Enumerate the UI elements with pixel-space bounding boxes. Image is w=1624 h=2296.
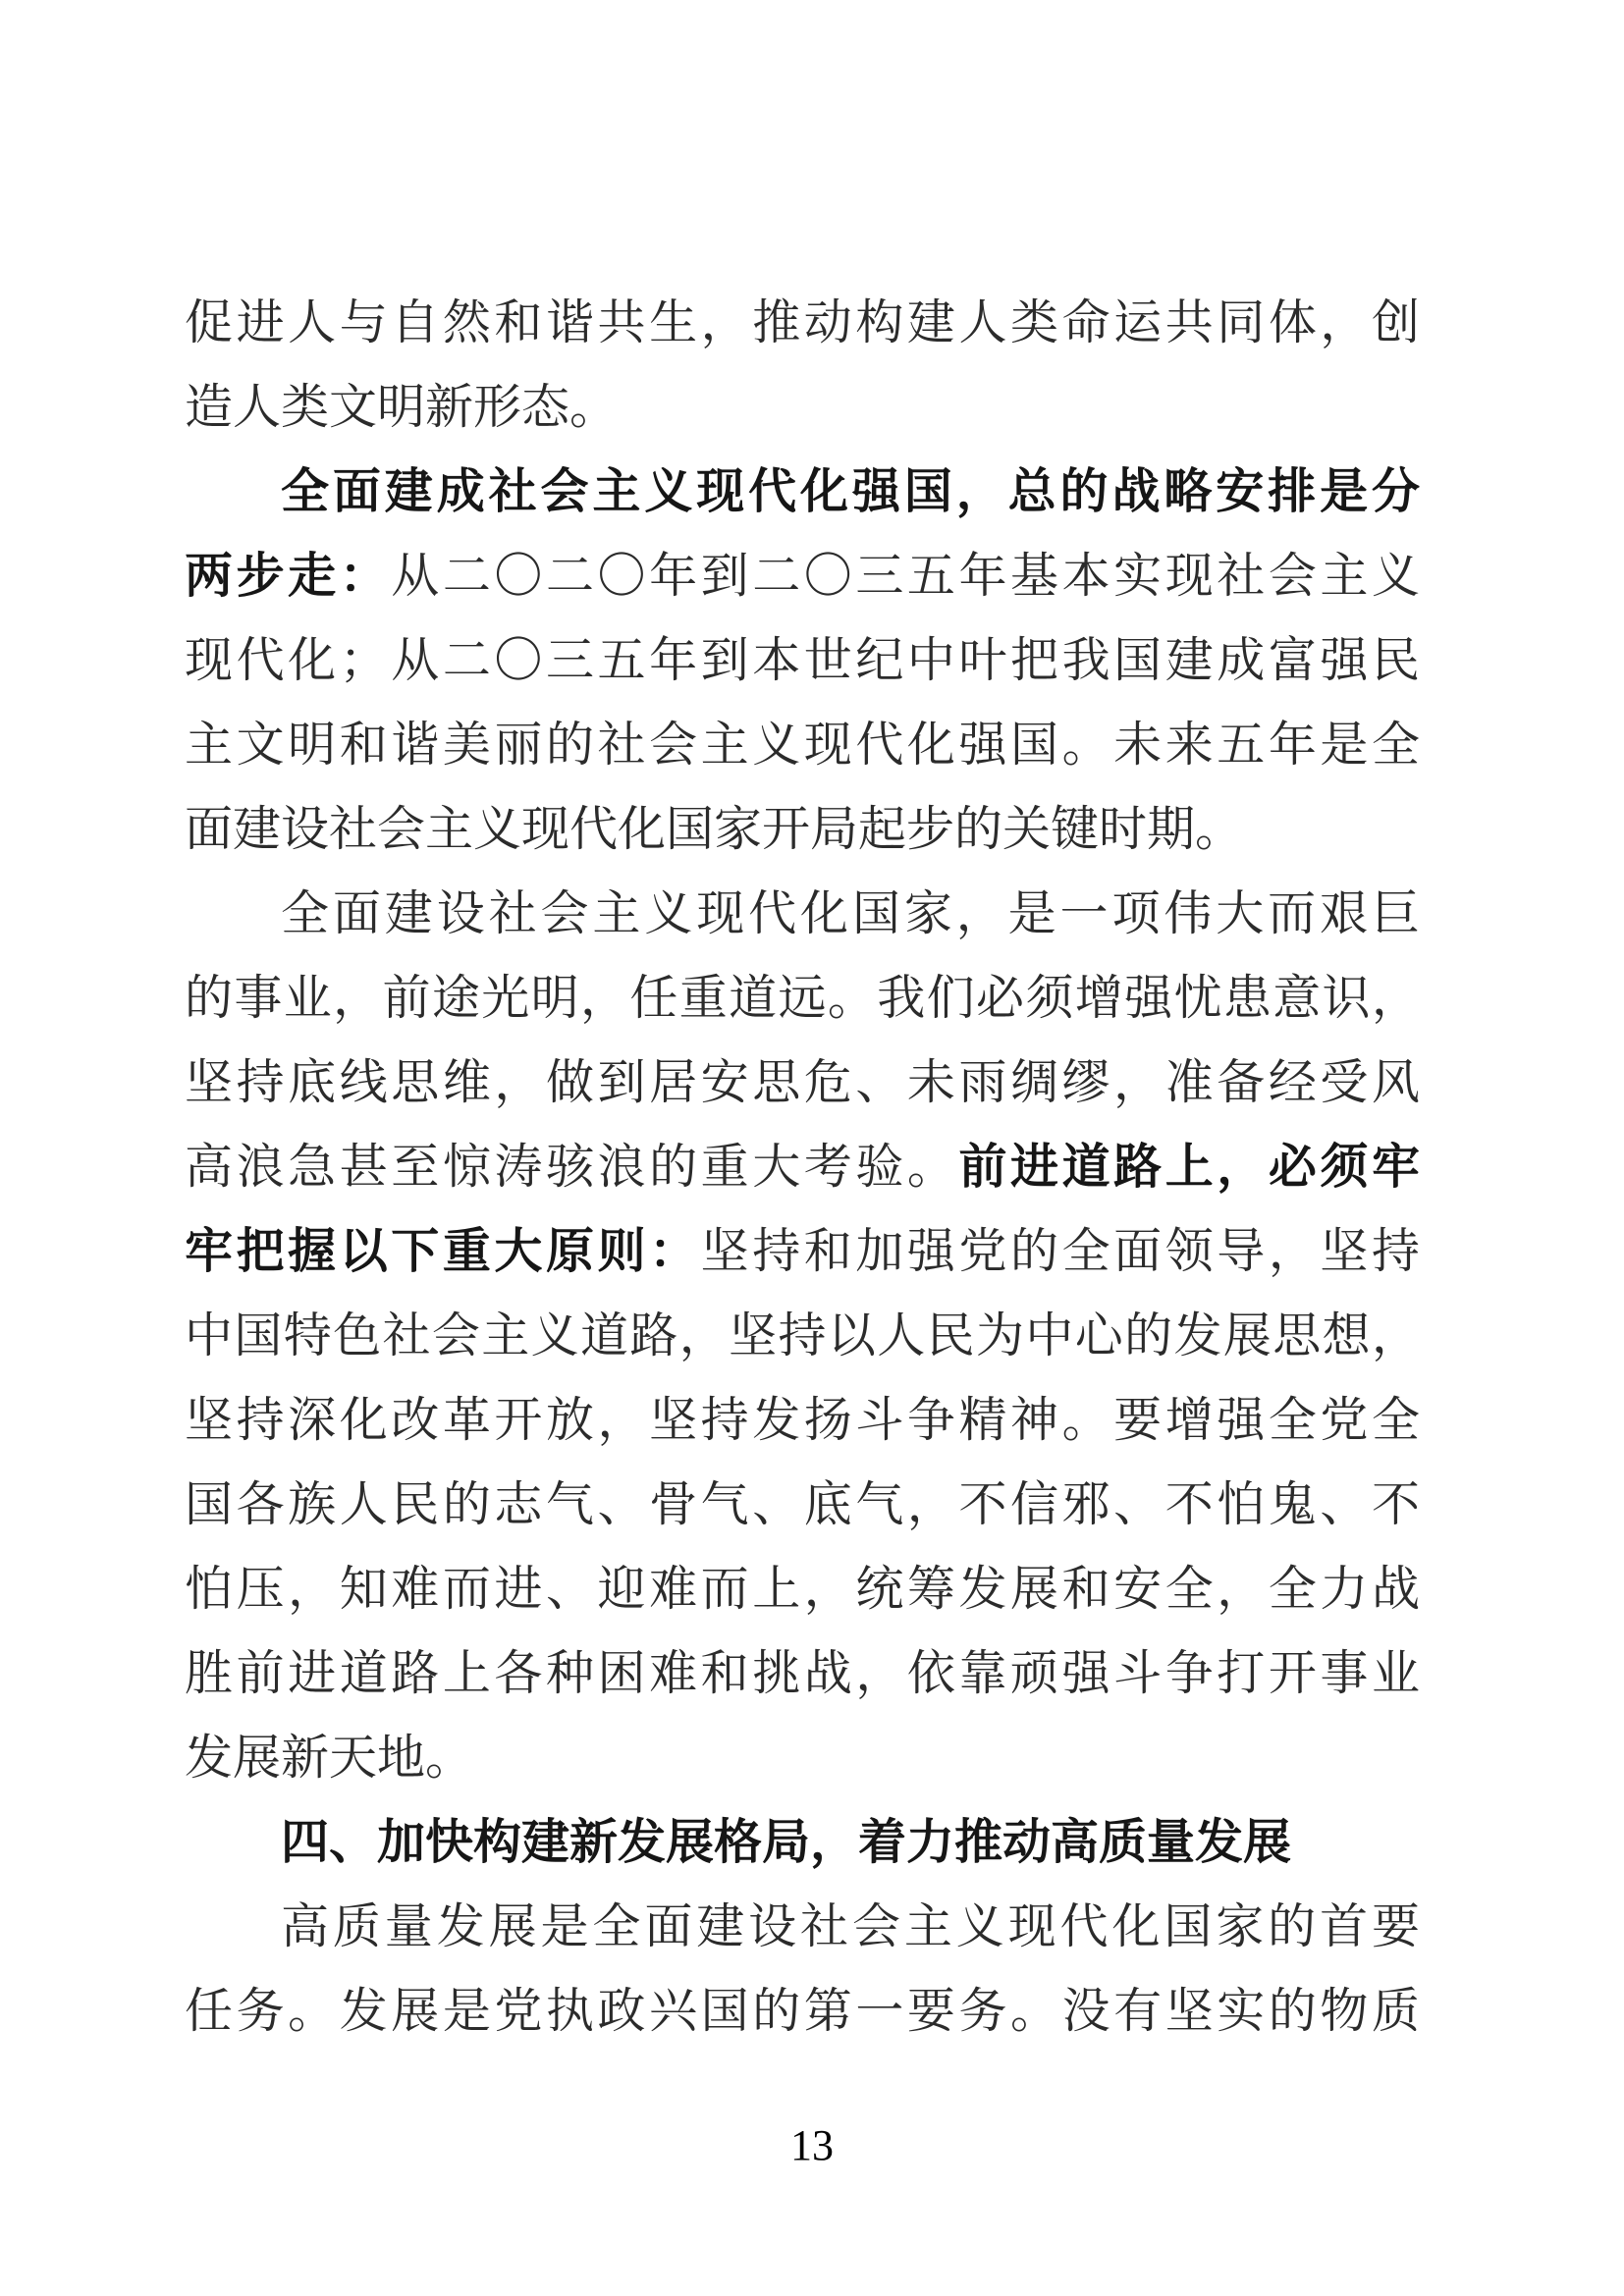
text-segment: 主文明和谐美丽的社会主义现代化强国。未来五年是全 — [185, 718, 1420, 772]
text-segment: 任务。发展是党执政兴国的第一要务。没有坚实的物质 — [185, 1984, 1420, 2038]
text-line: 坚持底线思维，做到居安思危、未雨绸缪，准备经受风 — [185, 1041, 1420, 1125]
text-segment: 中国特色社会主义道路，坚持以人民为中心的发展思想， — [185, 1308, 1420, 1362]
text-line: 高浪急甚至惊涛骇浪的重大考验。前进道路上，必须牢 — [185, 1125, 1420, 1209]
text-line: 两步走：从二〇二〇年到二〇三五年基本实现社会主义 — [185, 534, 1420, 618]
bold-text-segment: 前进道路上，必须牢 — [958, 1141, 1420, 1194]
text-segment: 促进人与自然和谐共生，推动构建人类命运共同体，创 — [185, 295, 1420, 349]
text-segment: 坚持和加强党的全面领导，坚持 — [701, 1224, 1420, 1278]
text-line: 牢把握以下重大原则：坚持和加强党的全面领导，坚持 — [185, 1209, 1420, 1294]
text-line: 现代化；从二〇三五年到本世纪中叶把我国建成富强民 — [185, 618, 1420, 703]
text-segment: 怕压，知难而进、迎难而上，统筹发展和安全，全力战 — [185, 1562, 1420, 1616]
text-segment: 国各族人民的志气、骨气、底气，不信邪、不怕鬼、不 — [185, 1477, 1420, 1531]
text-segment: 造人类文明新形态。 — [185, 380, 618, 434]
text-segment: 发展新天地。 — [185, 1731, 473, 1785]
text-line: 坚持深化改革开放，坚持发扬斗争精神。要增强全党全 — [185, 1378, 1420, 1463]
bold-text-segment: 两步走： — [185, 550, 391, 603]
text-line: 主文明和谐美丽的社会主义现代化强国。未来五年是全 — [185, 703, 1420, 787]
text-segment: 从二〇二〇年到二〇三五年基本实现社会主义 — [391, 549, 1420, 603]
text-segment: 胜前进道路上各种困难和挑战，依靠顽强斗争打开事业 — [185, 1646, 1420, 1700]
text-line: 胜前进道路上各种困难和挑战，依靠顽强斗争打开事业 — [185, 1631, 1420, 1716]
document-page: 促进人与自然和谐共生，推动构建人类命运共同体，创 造人类文明新形态。 全面建成社… — [0, 0, 1624, 2296]
body-text: 促进人与自然和谐共生，推动构建人类命运共同体，创 造人类文明新形态。 全面建成社… — [185, 281, 1420, 2054]
text-segment: 坚持深化改革开放，坚持发扬斗争精神。要增强全党全 — [185, 1393, 1420, 1447]
text-segment: 现代化；从二〇三五年到本世纪中叶把我国建成富强民 — [185, 633, 1420, 687]
text-segment: 全面建设社会主义现代化国家，是一项伟大而艰巨 — [281, 886, 1420, 940]
text-line: 面建设社会主义现代化国家开局起步的关键时期。 — [185, 787, 1420, 872]
text-line: 促进人与自然和谐共生，推动构建人类命运共同体，创 — [185, 281, 1420, 365]
text-segment: 高浪急甚至惊涛骇浪的重大考验。 — [185, 1140, 958, 1194]
text-line: 全面建成社会主义现代化强国，总的战略安排是分 — [185, 450, 1420, 534]
text-line: 全面建设社会主义现代化国家，是一项伟大而艰巨 — [185, 872, 1420, 956]
bold-text-segment: 全面建成社会主义现代化强国，总的战略安排是分 — [281, 465, 1420, 518]
page-number: 13 — [0, 2120, 1624, 2170]
text-line: 中国特色社会主义道路，坚持以人民为中心的发展思想， — [185, 1294, 1420, 1378]
text-line: 的事业，前途光明，任重道远。我们必须增强忧患意识， — [185, 956, 1420, 1041]
bold-text-segment: 四、加快构建新发展格局，着力推动高质量发展 — [281, 1816, 1291, 1869]
text-line: 高质量发展是全面建设社会主义现代化国家的首要 — [185, 1885, 1420, 1969]
text-segment: 坚持底线思维，做到居安思危、未雨绸缪，准备经受风 — [185, 1055, 1420, 1109]
text-segment: 高质量发展是全面建设社会主义现代化国家的首要 — [281, 1899, 1420, 1953]
text-line: 任务。发展是党执政兴国的第一要务。没有坚实的物质 — [185, 1969, 1420, 2054]
text-segment: 的事业，前途光明，任重道远。我们必须增强忧患意识， — [185, 971, 1420, 1025]
text-line: 怕压，知难而进、迎难而上，统筹发展和安全，全力战 — [185, 1547, 1420, 1631]
text-line: 发展新天地。 — [185, 1716, 1420, 1800]
text-line: 国各族人民的志气、骨气、底气，不信邪、不怕鬼、不 — [185, 1463, 1420, 1547]
section-heading: 四、加快构建新发展格局，着力推动高质量发展 — [185, 1800, 1420, 1885]
text-segment: 面建设社会主义现代化国家开局起步的关键时期。 — [185, 802, 1243, 856]
text-line: 造人类文明新形态。 — [185, 365, 1420, 450]
bold-text-segment: 牢把握以下重大原则： — [185, 1225, 701, 1278]
